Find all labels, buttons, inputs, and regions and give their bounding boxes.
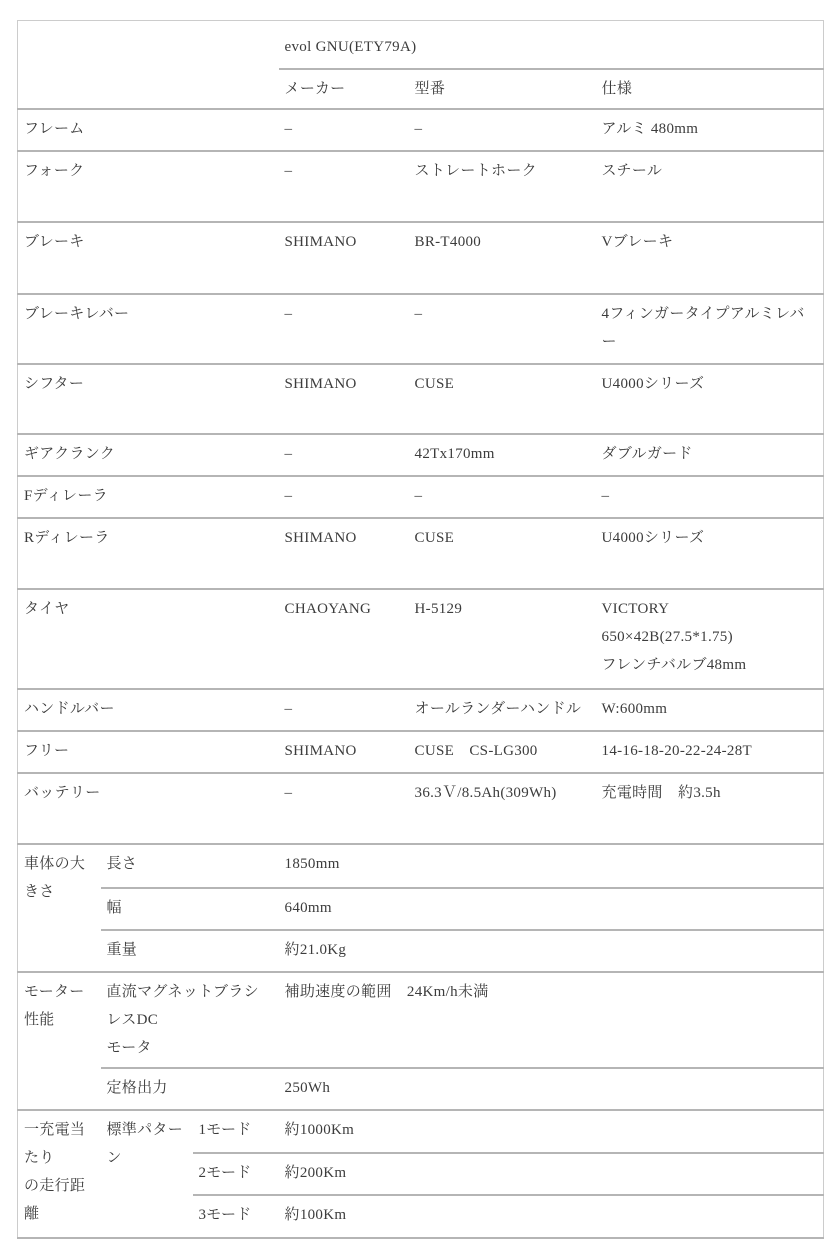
maker-cell: – xyxy=(279,773,409,844)
spec-row-brake-lever: ブレーキレバー – – 4フィンガータイプアルミレバー xyxy=(18,294,824,364)
range-mode-cell: 2モード xyxy=(193,1153,279,1195)
motor-row-type: モーター性能 直流マグネットブラシレスDC モータ 補助速度の範囲 24Km/h… xyxy=(18,972,824,1068)
body-size-value-cell: 約21.0Kg xyxy=(279,930,824,972)
spec-row-tire: タイヤ CHAOYANG H-5129 VICTORY 650×42B(27.5… xyxy=(18,589,824,689)
spec-cell: ダブルガード xyxy=(596,434,824,476)
spec-cell: Vブレーキ xyxy=(596,222,824,294)
spec-row-freewheel: フリー SHIMANO CUSE CS-LG300 14-16-18-20-22… xyxy=(18,731,824,773)
part-name-cell: フレーム xyxy=(18,109,279,151)
part-name-cell: バッテリー xyxy=(18,773,279,844)
part-name-cell: フォーク xyxy=(18,151,279,222)
spec-cell: U4000シリーズ xyxy=(596,364,824,434)
range-mode-cell: 3モード xyxy=(193,1195,279,1238)
spec-row-gear-crank: ギアクランク – 42Tx170mm ダブルガード xyxy=(18,434,824,476)
body-size-value-cell: 1850mm xyxy=(279,844,824,888)
part-name-cell: Fディレーラ xyxy=(18,476,279,518)
column-header-spec: 仕様 xyxy=(596,69,824,109)
model-no-cell: CUSE CS-LG300 xyxy=(409,731,596,773)
maker-cell: – xyxy=(279,151,409,222)
part-name-cell: ギアクランク xyxy=(18,434,279,476)
maker-cell: – xyxy=(279,476,409,518)
model-name: evol GNU(ETY79A) xyxy=(279,21,824,69)
spec-cell: – xyxy=(596,476,824,518)
model-no-cell: オールランダーハンドル xyxy=(409,689,596,731)
spec-cell: スチール xyxy=(596,151,824,222)
spec-cell: 14-16-18-20-22-24-28T xyxy=(596,731,824,773)
motor-row-rated-output: 定格出力 250Wh xyxy=(18,1068,824,1110)
spec-row-r-derailleur: Rディレーラ SHIMANO CUSE U4000シリーズ xyxy=(18,518,824,589)
maker-cell: SHIMANO xyxy=(279,364,409,434)
spec-cell: U4000シリーズ xyxy=(596,518,824,589)
section-label-body-size: 車体の大きさ xyxy=(18,844,101,972)
range-value-cell: 約1000Km xyxy=(279,1110,824,1153)
range-value-cell: 約100Km xyxy=(279,1195,824,1238)
maker-cell: – xyxy=(279,294,409,364)
spec-row-shifter: シフター SHIMANO CUSE U4000シリーズ xyxy=(18,364,824,434)
spec-cell: VICTORY 650×42B(27.5*1.75) フレンチバルブ48mm xyxy=(596,589,824,689)
maker-cell: SHIMANO xyxy=(279,731,409,773)
model-no-cell: 36.3Ｖ/8.5Ah(309Wh) xyxy=(409,773,596,844)
model-no-cell: BR-T4000 xyxy=(409,222,596,294)
part-name-cell: フリー xyxy=(18,731,279,773)
spec-row-battery: バッテリー – 36.3Ｖ/8.5Ah(309Wh) 充電時間 約3.5h xyxy=(18,773,824,844)
maker-cell: CHAOYANG xyxy=(279,589,409,689)
spec-row-handlebar: ハンドルバー – オールランダーハンドル W:600mm xyxy=(18,689,824,731)
model-no-cell: – xyxy=(409,109,596,151)
maker-cell: – xyxy=(279,109,409,151)
part-name-cell: シフター xyxy=(18,364,279,434)
range-value-cell: 約200Km xyxy=(279,1153,824,1195)
part-name-cell: タイヤ xyxy=(18,589,279,689)
spec-row-f-derailleur: Fディレーラ – – – xyxy=(18,476,824,518)
maker-cell: SHIMANO xyxy=(279,518,409,589)
part-name-cell: ハンドルバー xyxy=(18,689,279,731)
motor-name-cell: 直流マグネットブラシレスDC モータ xyxy=(101,972,279,1068)
section-label-range: 一充電当たり の走行距離 xyxy=(18,1110,101,1238)
range-pattern-cell: 標準パターン xyxy=(101,1110,193,1238)
maker-cell: – xyxy=(279,689,409,731)
range-mode-cell: 1モード xyxy=(193,1110,279,1153)
part-name-cell: ブレーキ xyxy=(18,222,279,294)
model-no-cell: CUSE xyxy=(409,364,596,434)
spec-row-brake: ブレーキ SHIMANO BR-T4000 Vブレーキ xyxy=(18,222,824,294)
part-name-cell: Rディレーラ xyxy=(18,518,279,589)
body-size-name-cell: 重量 xyxy=(101,930,279,972)
model-no-cell: CUSE xyxy=(409,518,596,589)
body-size-row-weight: 重量 約21.0Kg xyxy=(18,930,824,972)
model-no-cell: – xyxy=(409,476,596,518)
corner-cell xyxy=(18,21,279,109)
part-name-cell: ブレーキレバー xyxy=(18,294,279,364)
model-no-cell: – xyxy=(409,294,596,364)
body-size-name-cell: 長さ xyxy=(101,844,279,888)
model-no-cell: H-5129 xyxy=(409,589,596,689)
spec-cell: アルミ 480mm xyxy=(596,109,824,151)
model-no-cell: 42Tx170mm xyxy=(409,434,596,476)
spec-cell: 4フィンガータイプアルミレバー xyxy=(596,294,824,364)
spec-cell: 充電時間 約3.5h xyxy=(596,773,824,844)
spec-cell: W:600mm xyxy=(596,689,824,731)
range-row-mode1: 一充電当たり の走行距離 標準パターン 1モード 約1000Km xyxy=(18,1110,824,1153)
body-size-name-cell: 幅 xyxy=(101,888,279,930)
model-no-cell: ストレートホーク xyxy=(409,151,596,222)
maker-cell: SHIMANO xyxy=(279,222,409,294)
column-header-maker: メーカー xyxy=(279,69,409,109)
body-size-row-length: 車体の大きさ 長さ 1850mm xyxy=(18,844,824,888)
column-header-model-no: 型番 xyxy=(409,69,596,109)
spec-row-frame: フレーム – – アルミ 480mm xyxy=(18,109,824,151)
motor-name-cell: 定格出力 xyxy=(101,1068,279,1110)
maker-cell: – xyxy=(279,434,409,476)
section-label-motor: モーター性能 xyxy=(18,972,101,1110)
body-size-value-cell: 640mm xyxy=(279,888,824,930)
body-size-row-width: 幅 640mm xyxy=(18,888,824,930)
motor-value-cell: 250Wh xyxy=(279,1068,824,1110)
spec-row-fork: フォーク – ストレートホーク スチール xyxy=(18,151,824,222)
motor-value-cell: 補助速度の範囲 24Km/h未満 xyxy=(279,972,824,1068)
spec-page: evol GNU(ETY79A) メーカー 型番 仕様 フレーム – – アルミ… xyxy=(0,0,840,1258)
spec-table: evol GNU(ETY79A) メーカー 型番 仕様 フレーム – – アルミ… xyxy=(17,20,824,1239)
